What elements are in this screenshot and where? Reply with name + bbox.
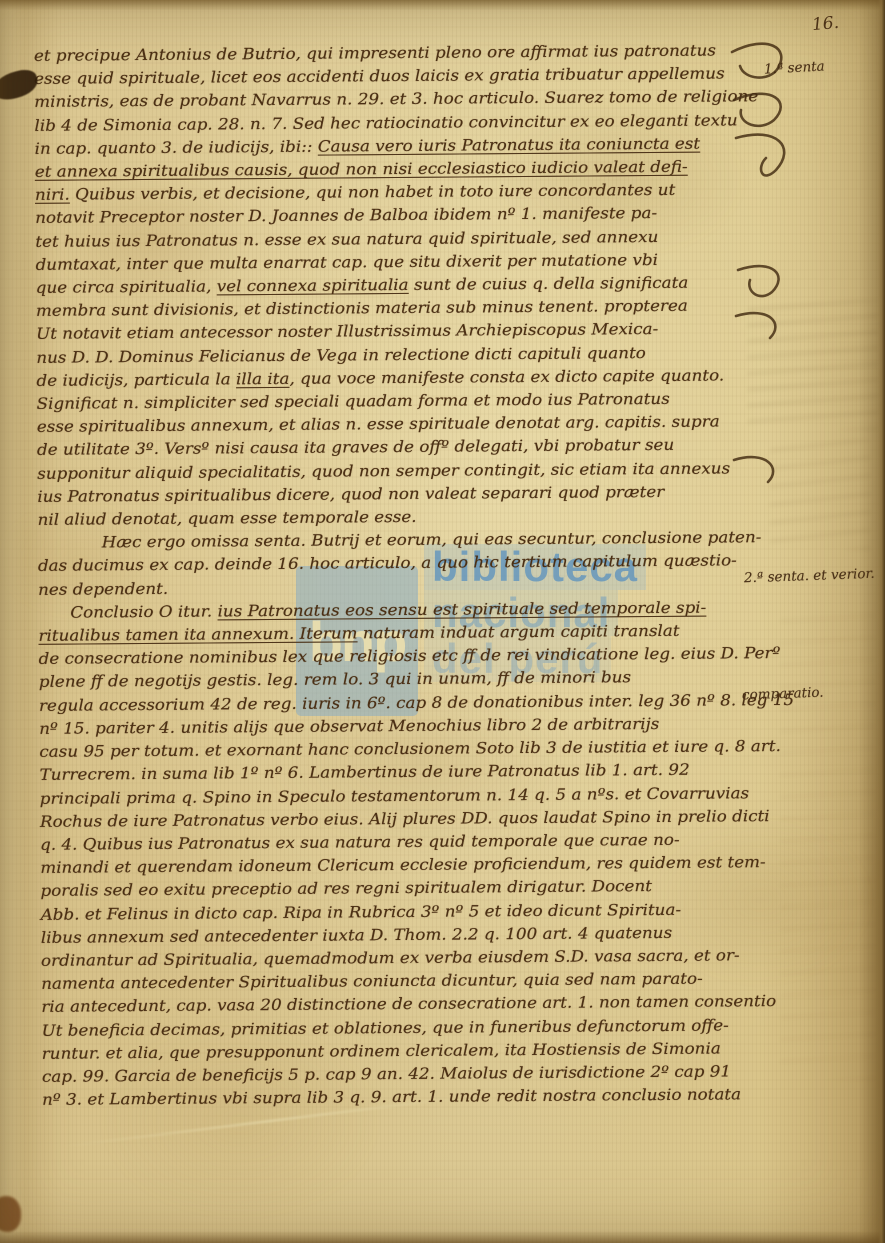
ink-flourish <box>732 44 781 78</box>
ink-flourish <box>736 135 784 176</box>
ink-flourish <box>734 94 781 126</box>
page-edge-right <box>878 0 885 1243</box>
manuscript-page: bnp biblioteca nacional del perú 16. 1.ª… <box>0 0 885 1243</box>
manuscript-line: nº 3. et Lambertinus vbi supra lib 3 q. … <box>42 1083 820 1112</box>
ink-flourish <box>738 266 779 296</box>
page-edge-bottom <box>0 1231 885 1243</box>
manuscript-lines: et precipue Antonius de Butrio, qui impr… <box>34 39 762 1112</box>
page-edge-top <box>0 0 885 10</box>
ink-flourish-group <box>726 30 816 530</box>
ink-flourish <box>736 313 775 338</box>
page-edge-left <box>0 0 26 1243</box>
ink-flourish <box>734 457 773 482</box>
